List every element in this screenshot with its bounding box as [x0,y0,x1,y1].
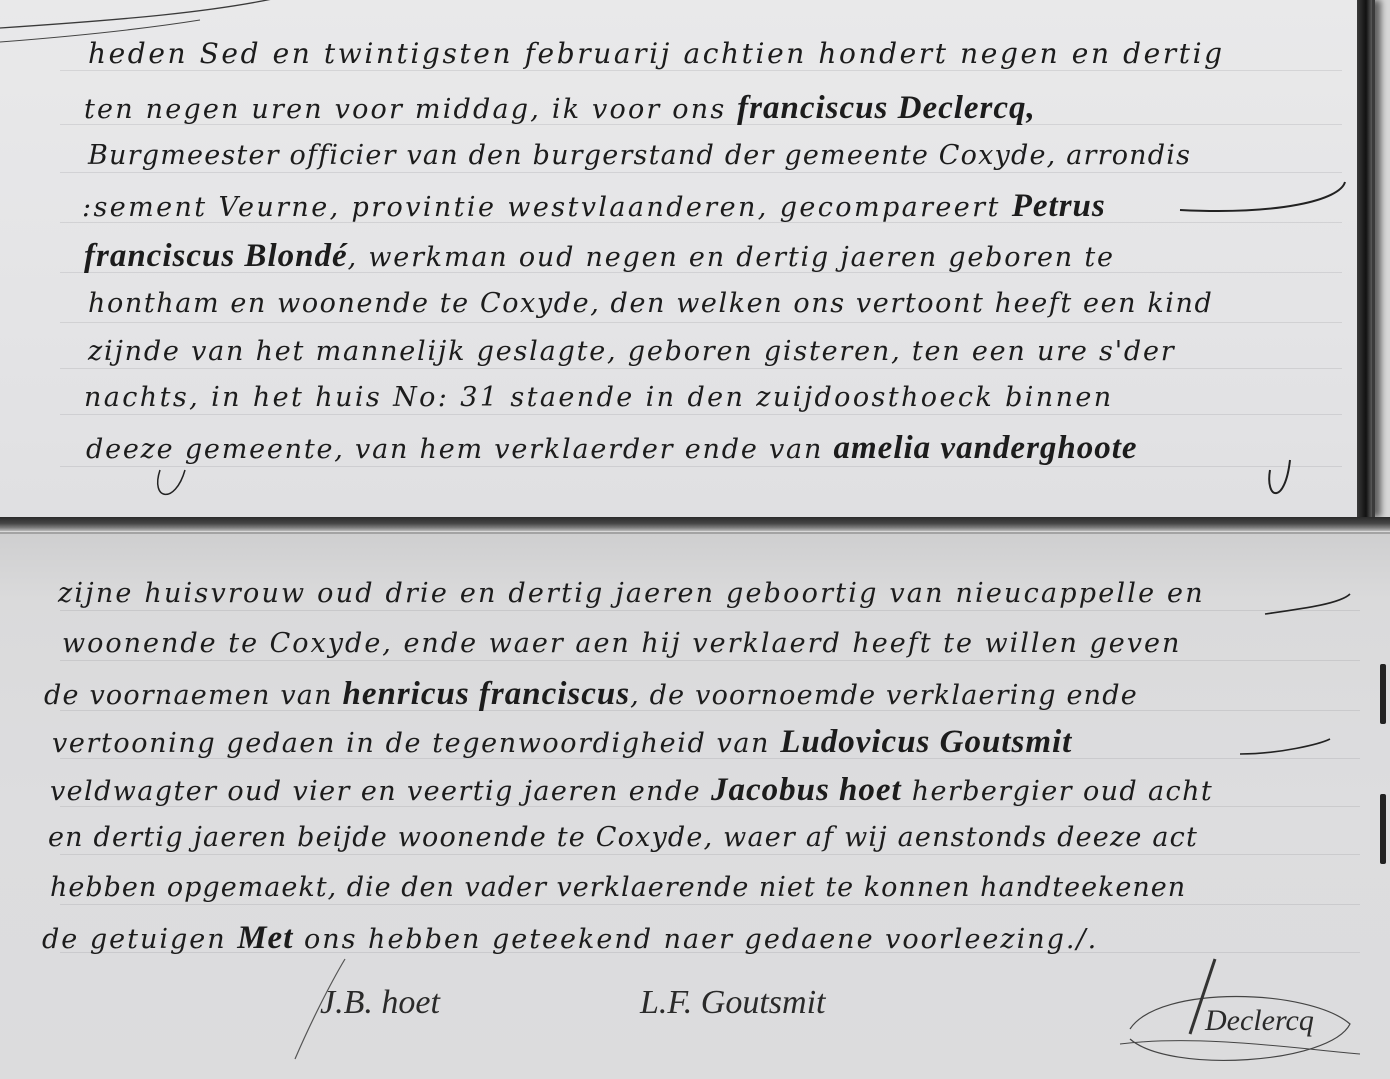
record-line-9: deeze gemeente, van hem verklaerder ende… [86,432,1138,465]
ruled-line [60,610,1360,611]
record-line-4: :sement Veurne, provintie westvlaanderen… [82,190,1106,223]
mayor-name: franciscus Declercq, [737,90,1036,126]
ruled-line [60,660,1360,661]
record-line-2: ten negen uren voor middag, ik voor ons … [84,92,1036,125]
record-line-11: woonende te Coxyde, ende waer aen hij ve… [62,630,1181,657]
record-line-7: zijnde van het mannelijk geslagte, gebor… [88,338,1176,365]
signature-mayor-declercq: Declercq [1205,1004,1314,1038]
top-page: heden Sed en twintigsten februarij achti… [0,0,1375,517]
mother-name: amelia vanderghoote [834,430,1138,466]
record-line-12: de voornaemen van henricus franciscus, d… [44,678,1138,711]
ruled-line [60,70,1342,71]
page-edge-shadow [1357,0,1372,517]
margin-mark [1380,664,1386,724]
ruled-line [60,854,1360,855]
father-name: franciscus Blondé [84,238,348,274]
record-line-5: franciscus Blondé, werkman oud negen en … [84,240,1115,273]
witness-2-name: Jacobus hoet [711,772,902,808]
record-line-1: heden Sed en twintigsten februarij achti… [88,40,1225,68]
child-name: henricus franciscus [342,676,630,712]
record-line-6: hontham en woonende te Coxyde, den welke… [88,290,1213,317]
witness-1-name: Ludovicus Goutsmit [780,724,1072,760]
father-first-name: Petrus [1012,188,1106,224]
record-line-14: veldwagter oud vier en veertig jaeren en… [50,774,1213,807]
ruled-line [60,322,1342,323]
ruled-line [60,368,1342,369]
record-line-3: Burgmeester officier van den burgerstand… [88,142,1191,169]
page-fold-shadow [0,517,1390,531]
ruled-line [60,414,1342,415]
record-line-15: en dertig jaeren beijde woonende te Coxy… [48,824,1198,851]
margin-mark [1380,794,1386,864]
record-line-16: hebben opgemaekt, die den vader verklaer… [50,874,1186,901]
record-line-17: de getuigen Met ons hebben geteekend nae… [42,922,1098,955]
record-line-13: vertooning gedaen in de tegenwoordigheid… [52,726,1072,759]
signature-witness-goutsmit: L.F. Goutsmit [640,984,825,1022]
bottom-page: zijne huisvrouw oud drie en dertig jaere… [0,534,1390,1079]
record-line-10: zijne huisvrouw oud drie en dertig jaere… [58,580,1205,607]
signature-witness-hoet: J.B. hoet [320,984,440,1022]
ruled-line [60,172,1342,173]
ruled-line [60,466,1342,467]
met-word: Met [237,920,293,956]
record-line-8: nachts, in het huis No: 31 staende in de… [84,384,1114,411]
ruled-line [60,904,1360,905]
